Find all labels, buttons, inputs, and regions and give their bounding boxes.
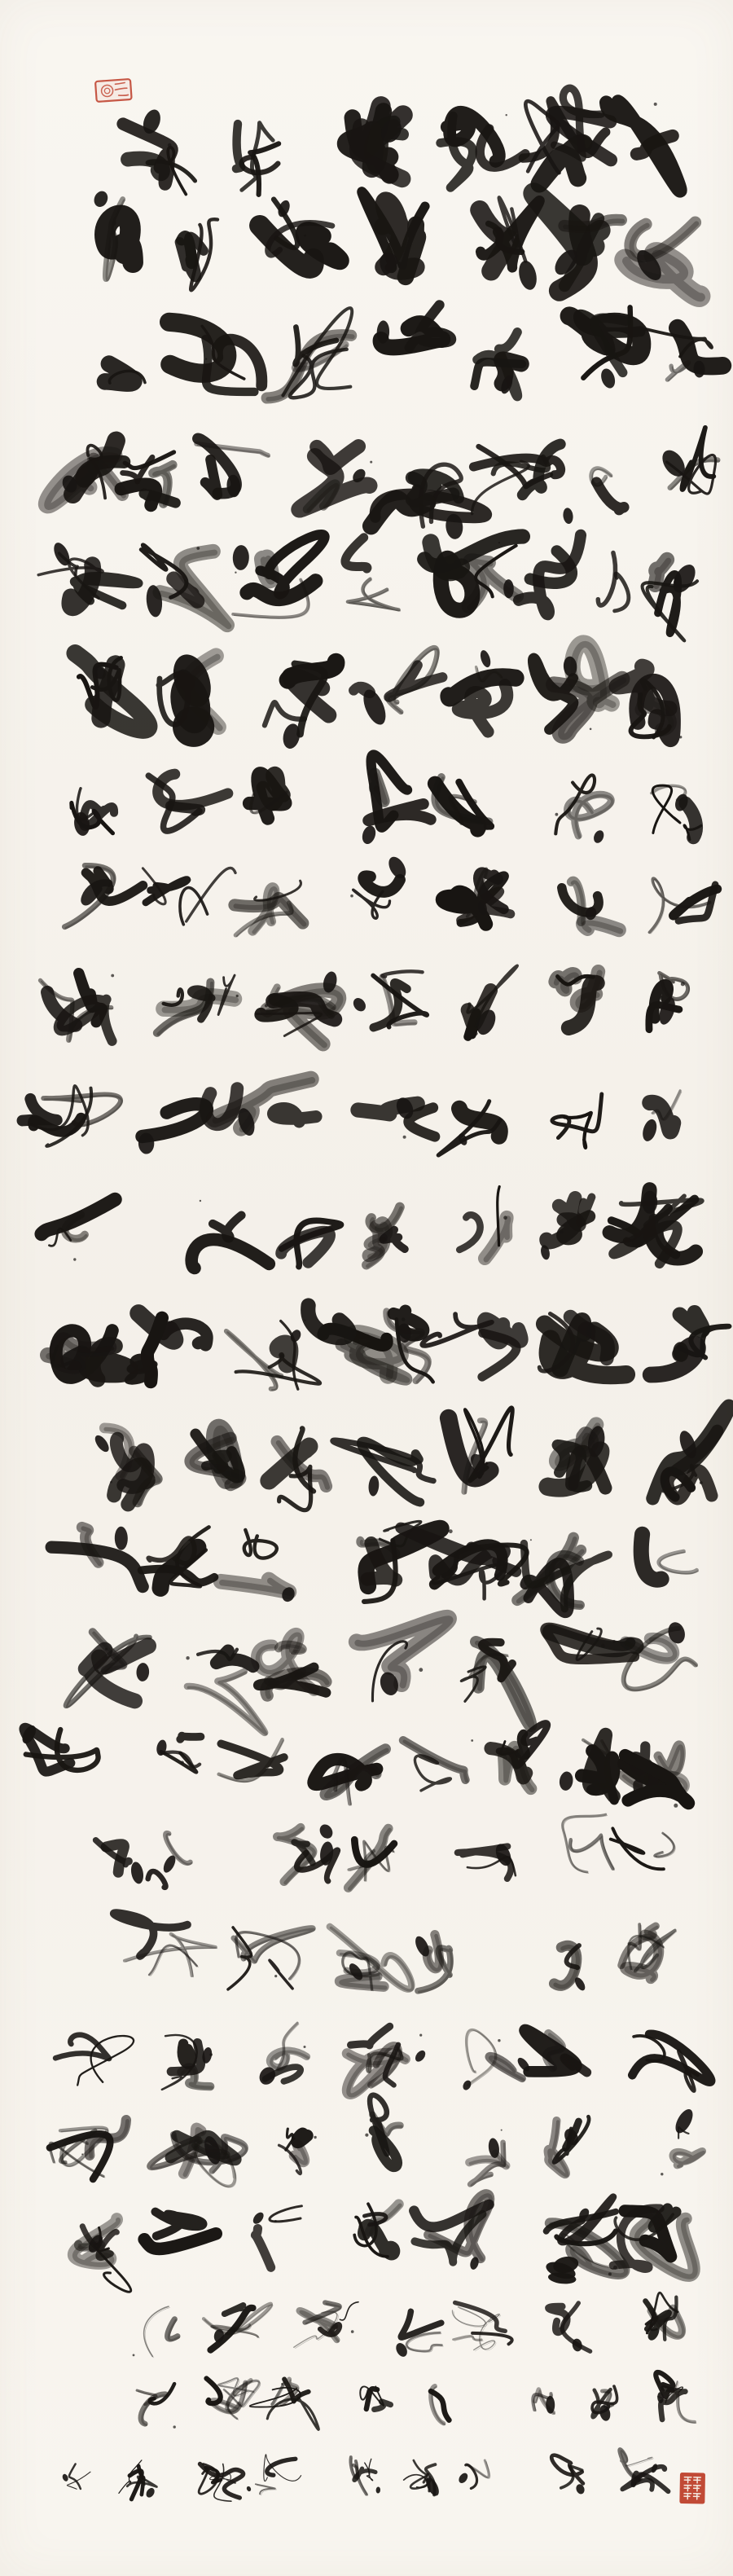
calligraphy-row <box>92 1406 729 1510</box>
calligraphy-row <box>64 854 717 936</box>
calligraphy-row <box>75 643 682 750</box>
calligraphy-row <box>20 1723 688 1808</box>
calligraphy-row <box>73 2194 695 2292</box>
calligraphy-row <box>92 189 701 297</box>
calligraphy-row <box>96 1814 675 1888</box>
calligraphy-row <box>42 1187 702 1268</box>
calligraphy-row <box>123 88 680 195</box>
calligraphy-row <box>55 2023 711 2095</box>
calligraphy-row <box>46 428 718 540</box>
calligraphy-row <box>66 1618 697 1734</box>
ink-layer <box>0 0 733 2576</box>
calligraphy-row <box>72 754 701 846</box>
calligraphy-row <box>38 534 700 640</box>
calligraphy-row <box>41 965 690 1045</box>
calligraphy-scroll <box>0 0 733 2576</box>
calligraphy-row <box>50 2095 704 2187</box>
calligraphy-row <box>114 1913 677 1992</box>
calligraphy-row <box>61 2450 668 2501</box>
calligraphy-row <box>137 2372 696 2429</box>
calligraphy-row <box>133 2292 683 2358</box>
calligraphy-row <box>23 1079 682 1155</box>
calligraphy-row <box>51 1521 698 1612</box>
calligraphy-row <box>105 305 722 399</box>
collector-seal-top <box>95 79 132 102</box>
artist-seal-bottom <box>679 2473 705 2504</box>
